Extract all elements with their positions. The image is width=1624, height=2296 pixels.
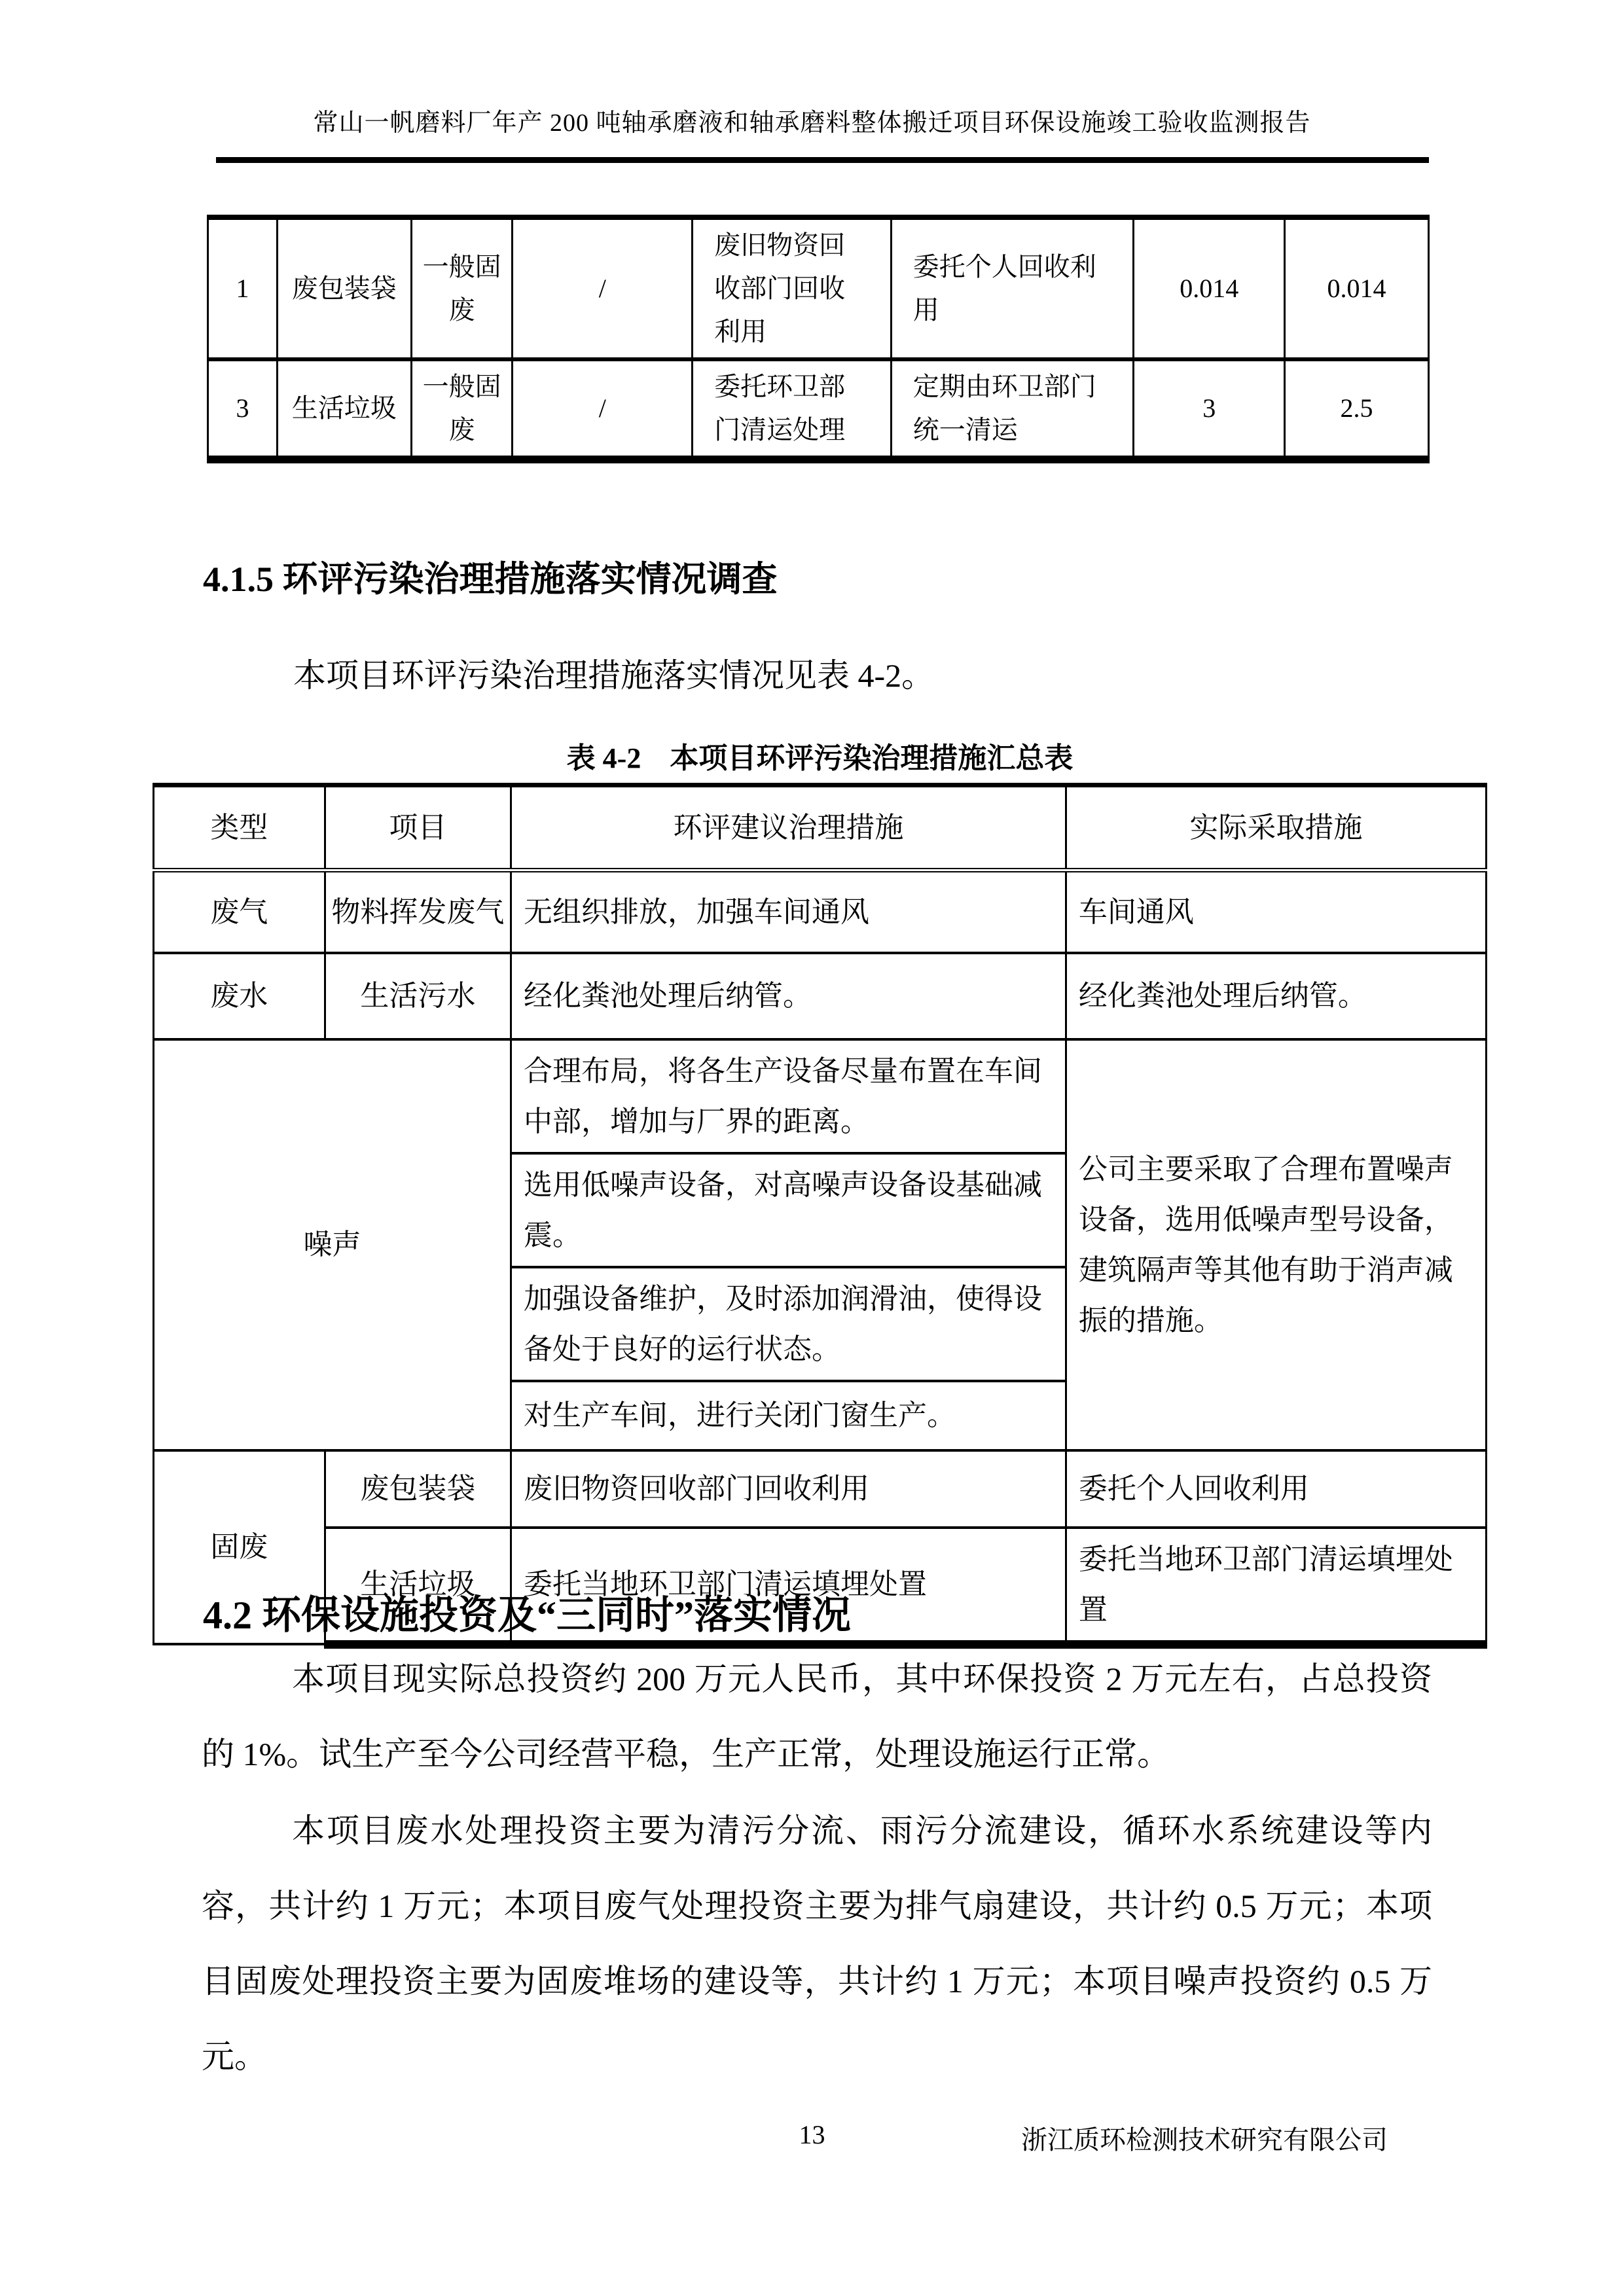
footer-company-name: 浙江质环检测技术研究有限公司 bbox=[1021, 2119, 1388, 2157]
cell-item: 物料挥发废气 bbox=[325, 870, 511, 953]
table-cell-slash: / bbox=[513, 359, 693, 459]
table-row-solid-waste: 固废 废包装袋 废旧物资回收部门回收利用 委托个人回收利用 bbox=[154, 1450, 1487, 1528]
section-4-2-paragraph-1: 本项目现实际总投资约 200 万元人民币，其中环保投资 2 万元左右，占总投资的… bbox=[202, 1641, 1432, 1792]
cell-item: 生活污水 bbox=[325, 953, 511, 1039]
table-cell-waste-class: 一般固废 bbox=[411, 217, 513, 359]
table-row: 1 废包装袋 一般固废 / 废旧物资回收部门回收利用 委托个人回收利用 0.01… bbox=[208, 217, 1429, 359]
table-cell-value: 2.5 bbox=[1285, 359, 1429, 459]
table-cell-slash: / bbox=[513, 217, 693, 359]
section-heading-4-2: 4.2 环保设施投资及“三同时”落实情况 bbox=[203, 1584, 851, 1640]
column-header-item: 项目 bbox=[325, 785, 511, 870]
table-cell-waste-class: 一般固废 bbox=[411, 359, 513, 459]
table-cell-actual: 委托个人回收利用 bbox=[891, 217, 1134, 359]
table-cell-value: 3 bbox=[1134, 359, 1285, 459]
cell-actual: 委托个人回收利用 bbox=[1066, 1450, 1486, 1528]
cell-noise-actual: 公司主要采取了合理布置噪声设备，选用低噪声型号设备，建筑隔声等其他有助于消声减振… bbox=[1066, 1039, 1486, 1450]
table-cell-waste-name: 生活垃圾 bbox=[277, 359, 411, 459]
cell-noise-measure-4: 对生产车间，进行关闭门窗生产。 bbox=[511, 1381, 1066, 1450]
table-row-waste-gas: 废气 物料挥发废气 无组织排放，加强车间通风 车间通风 bbox=[154, 870, 1487, 953]
cell-proposed: 废旧物资回收部门回收利用 bbox=[511, 1450, 1066, 1528]
column-header-proposed: 环评建议治理措施 bbox=[511, 785, 1066, 870]
table-row-noise: 噪声 合理布局，将各生产设备尽量布置在车间中部，增加与厂界的距离。 公司主要采取… bbox=[154, 1039, 1487, 1153]
cell-item: 废包装袋 bbox=[325, 1450, 511, 1528]
table-cell-index: 3 bbox=[208, 359, 278, 459]
cell-noise-measure-3: 加强设备维护，及时添加润滑油，使得设备处于良好的运行状态。 bbox=[511, 1267, 1066, 1381]
cell-type-noise: 噪声 bbox=[154, 1039, 511, 1450]
table-row-waste-water: 废水 生活污水 经化粪池处理后纳管。 经化粪池处理后纳管。 bbox=[154, 953, 1487, 1039]
cell-proposed: 经化粪池处理后纳管。 bbox=[511, 953, 1066, 1039]
table-cell-actual: 定期由环卫部门统一清运 bbox=[891, 359, 1134, 459]
header-rule bbox=[216, 157, 1429, 163]
cell-noise-measure-2: 选用低噪声设备，对高噪声设备设基础减震。 bbox=[511, 1153, 1066, 1267]
table-cell-proposed: 委托环卫部门清运处理 bbox=[693, 359, 892, 459]
section-heading-4-1-5: 4.1.5 环评污染治理措施落实情况调查 bbox=[203, 551, 778, 601]
cell-actual: 车间通风 bbox=[1066, 870, 1486, 953]
table-cell-value: 0.014 bbox=[1285, 217, 1429, 359]
cell-proposed: 无组织排放，加强车间通风 bbox=[511, 870, 1066, 953]
section-4-1-5-paragraph: 本项目环评污染治理措施落实情况见表 4-2。 bbox=[203, 649, 1428, 696]
section-4-2-paragraph-2: 本项目废水处理投资主要为清污分流、雨污分流建设，循环水系统建设等内容，共计约 1… bbox=[202, 1793, 1432, 2094]
cell-actual: 经化粪池处理后纳管。 bbox=[1066, 953, 1486, 1039]
table-cell-proposed: 废旧物资回收部门回收利用 bbox=[693, 217, 892, 359]
table-cell-waste-name: 废包装袋 bbox=[277, 217, 411, 359]
table-row: 3 生活垃圾 一般固废 / 委托环卫部门清运处理 定期由环卫部门统一清运 3 2… bbox=[208, 359, 1429, 459]
column-header-actual: 实际采取措施 bbox=[1066, 785, 1486, 870]
document-page: 常山一帆磨料厂年产 200 吨轴承磨液和轴承磨料整体搬迁项目环保设施竣工验收监测… bbox=[0, 0, 1624, 2296]
cell-actual: 委托当地环卫部门清运填埋处置 bbox=[1066, 1528, 1486, 1645]
cell-noise-measure-1: 合理布局，将各生产设备尽量布置在车间中部，增加与厂界的距离。 bbox=[511, 1039, 1066, 1153]
column-header-type: 类型 bbox=[154, 785, 325, 870]
table-4-2-caption: 表 4-2 本项目环评污染治理措施汇总表 bbox=[153, 734, 1487, 776]
table-header-row: 类型 项目 环评建议治理措施 实际采取措施 bbox=[154, 785, 1487, 870]
carryover-table: 1 废包装袋 一般固废 / 废旧物资回收部门回收利用 委托个人回收利用 0.01… bbox=[207, 215, 1430, 463]
cell-type: 废气 bbox=[154, 870, 325, 953]
summary-table-4-2: 类型 项目 环评建议治理措施 实际采取措施 废气 物料挥发废气 无组织排放，加强… bbox=[153, 783, 1487, 1649]
cell-type: 废水 bbox=[154, 953, 325, 1039]
table-cell-index: 1 bbox=[208, 217, 278, 359]
table-cell-value: 0.014 bbox=[1134, 217, 1285, 359]
doc-header-title: 常山一帆磨料厂年产 200 吨轴承磨液和轴承磨料整体搬迁项目环保设施竣工验收监测… bbox=[196, 102, 1428, 138]
